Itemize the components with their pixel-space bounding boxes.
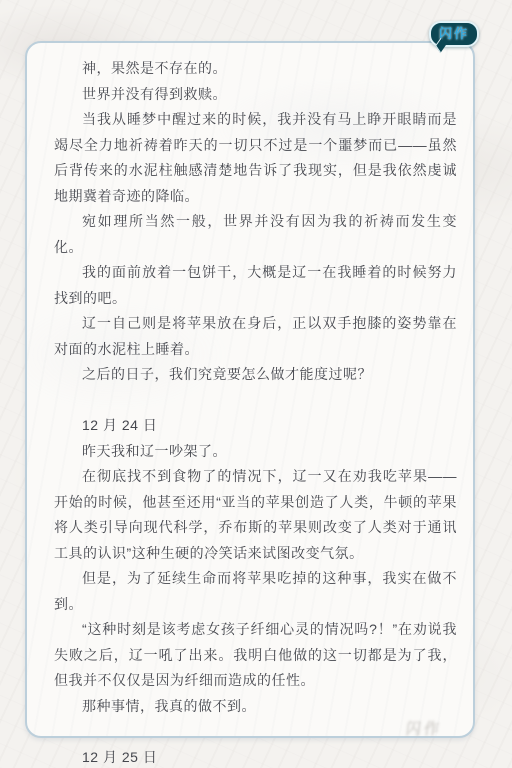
paragraph: 昨天我和辽一吵架了。 [54, 439, 457, 465]
paragraph: 我的面前放着一包饼干，大概是辽一在我睡着的时候努力找到的吧。 [54, 260, 457, 311]
paragraph: 世界并没有得到救赎。 [54, 82, 457, 108]
date-heading: 12 月 24 日 [54, 413, 457, 439]
page-card: 神，果然是不存在的。 世界并没有得到救赎。 当我从睡梦中醒过来的时候，我并没有马… [25, 41, 475, 738]
paragraph: 之后的日子，我们究竟要怎么做才能度过呢？ [54, 362, 457, 388]
paragraph: 当我从睡梦中醒过来的时候，我并没有马上睁开眼睛而是竭尽全力地祈祷着昨天的一切只不… [54, 107, 457, 209]
story-text: 神，果然是不存在的。 世界并没有得到救赎。 当我从睡梦中醒过来的时候，我并没有马… [29, 45, 471, 768]
paragraph: 但是，为了延续生命而将苹果吃掉的这种事，我实在做不到。 [54, 566, 457, 617]
paragraph: 辽一自己则是将苹果放在身后，正以双手抱膝的姿势靠在对面的水泥柱上睡着。 [54, 311, 457, 362]
paragraph: “这种时刻是该考虑女孩子纤细心灵的情况吗?！”在劝说我失败之后，辽一吼了出来。我… [54, 617, 457, 694]
paragraph: 神，果然是不存在的。 [54, 56, 457, 82]
screenshot-stage: 闪作 神，果然是不存在的。 世界并没有得到救赎。 当我从睡梦中醒过来的时候，我并… [0, 0, 512, 768]
paragraph: 在彻底找不到食物了的情况下，辽一又在劝我吃苹果——开始的时候，他甚至还用“亚当的… [54, 464, 457, 566]
brand-badge: 闪作 [429, 21, 479, 47]
paragraph: 宛如理所当然一般，世界并没有因为我的祈祷而发生变化。 [54, 209, 457, 260]
paragraph: 那种事情，我真的做不到。 [54, 694, 457, 720]
date-heading: 12 月 25 日 [54, 745, 457, 768]
